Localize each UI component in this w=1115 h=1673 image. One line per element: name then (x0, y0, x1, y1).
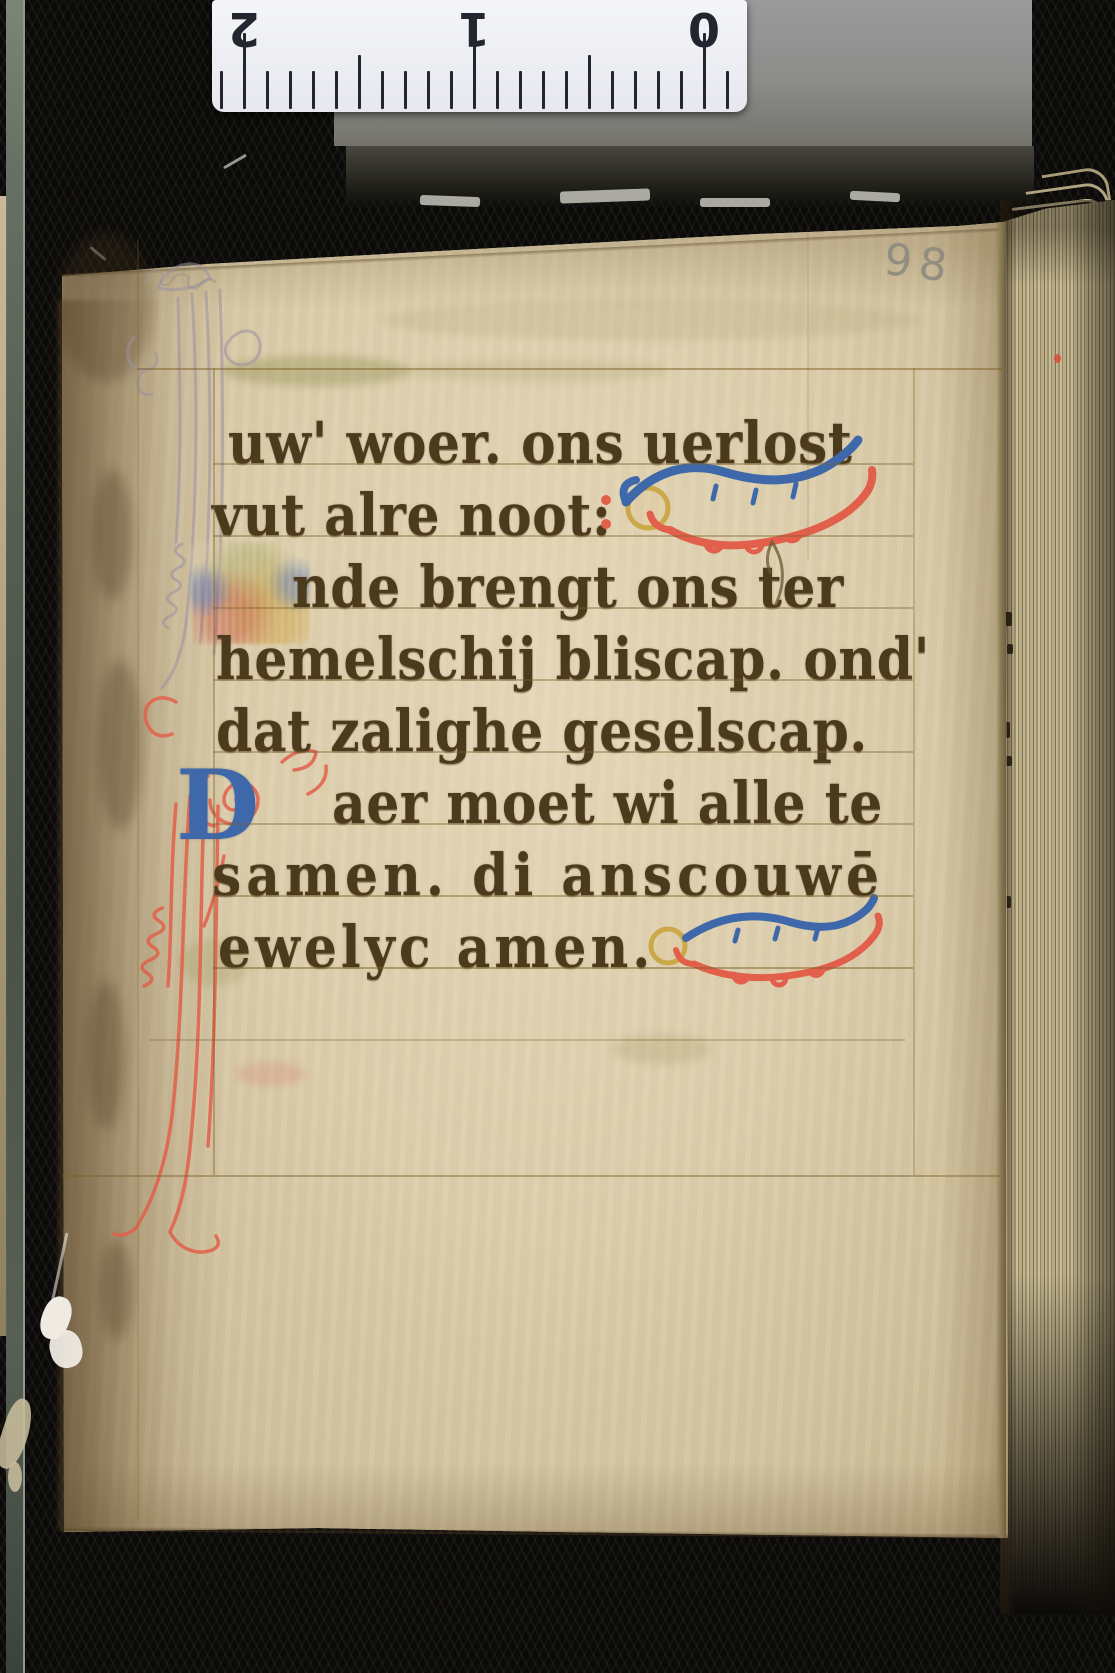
ruler-tick (312, 71, 315, 109)
paper-reflection-bit (8, 1462, 22, 1492)
ruler-tick (519, 71, 522, 109)
ruler-tick (427, 71, 430, 109)
ruler-tick (703, 33, 706, 109)
ruler-tick (266, 71, 269, 109)
ruling-line-horizontal (213, 607, 913, 609)
ruling-line-horizontal (213, 751, 913, 753)
ruler-tick (404, 71, 407, 109)
ruling-line-horizontal (213, 679, 913, 681)
ruler-tick (634, 71, 637, 109)
ruler-tick (220, 71, 223, 109)
photograph-stage: 2 1 0 98 (0, 0, 1115, 1673)
ruling-line-vertical (807, 228, 809, 560)
ruler-tick (243, 33, 246, 109)
ruler-tick (450, 71, 453, 109)
ruling-line-horizontal (213, 967, 913, 969)
ruler-tick (726, 71, 729, 109)
folio-number: 98 (881, 234, 957, 293)
ruling-line-horizontal (213, 895, 913, 897)
green-smudge (408, 360, 668, 382)
tan-mottling (380, 300, 920, 340)
penwork-line-filler-2 (638, 898, 878, 998)
gutter-soiling (92, 470, 132, 600)
ruler-tick (335, 71, 338, 109)
ruling-line-vertical (213, 368, 215, 1175)
ruler-tick (588, 55, 591, 109)
ruler-tick (611, 71, 614, 109)
fore-edge-ink-speck (1007, 644, 1013, 654)
fore-edge-ink-speck (1006, 756, 1012, 766)
ruling-line-horizontal (150, 1039, 905, 1041)
leaf-right-edge (996, 222, 1006, 1538)
ruler-tick (542, 71, 545, 109)
torn-paper-bit (700, 198, 770, 207)
fore-edge-shading (1000, 200, 1115, 1614)
ruling-line-horizontal (213, 823, 913, 825)
fore-edge-red-speck (1054, 354, 1061, 363)
blue-initial-d: D (176, 758, 259, 854)
ruler-tick (473, 33, 476, 109)
torn-paper-bit (420, 195, 480, 207)
dust-fiber (223, 154, 247, 170)
ruling-line-vertical (137, 240, 139, 1520)
ruling-line-horizontal (62, 1175, 1000, 1177)
ruler-tick (496, 71, 499, 109)
ruler-tick (289, 71, 292, 109)
ascender-flourish (746, 532, 802, 610)
cm-ruler: 2 1 0 (212, 0, 747, 112)
ruler-tick (565, 71, 568, 109)
ruler-tick (680, 71, 683, 109)
ruler-tick (358, 55, 361, 109)
ruler-tick (657, 71, 660, 109)
ruling-line-horizontal (137, 368, 1002, 370)
ruler-tick (381, 71, 384, 109)
ruling-line-vertical (913, 368, 915, 1175)
